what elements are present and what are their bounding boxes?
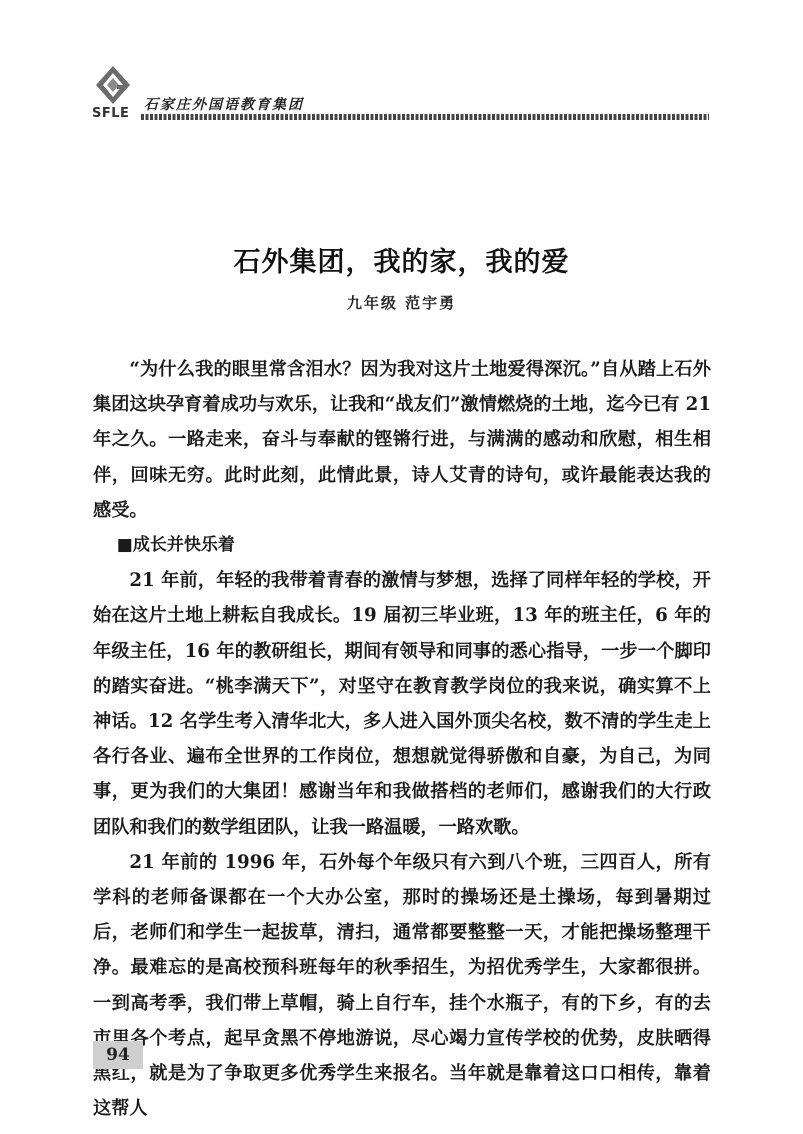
paragraph: 21 年前的 1996 年，石外每个年级只有六到八个班，三四百人，所有学科的老师… — [93, 845, 711, 1127]
article-body: “为什么我的眼里常含泪水？因为我对这片土地爱得深沉。”自从踏上石外集团这块孕育着… — [93, 352, 711, 1126]
organization-name: 石家庄外国语教育集团 — [144, 94, 304, 114]
logo-text: SFLE — [92, 106, 129, 121]
article-title: 石外集团，我的家，我的爱 — [0, 240, 803, 279]
paragraph: 21 年前，年轻的我带着青春的激情与梦想，选择了同样年轻的学校，开始在这片土地上… — [93, 563, 711, 845]
article-byline: 九年级 范宇勇 — [0, 292, 803, 313]
paragraph: “为什么我的眼里常含泪水？因为我对这片土地爱得深沉。”自从踏上石外集团这块孕育着… — [93, 352, 711, 528]
page-number: 94 — [93, 1041, 143, 1069]
section-heading: ■成长并快乐着 — [93, 528, 711, 563]
running-header: SFLE 石家庄外国语教育集团 — [92, 64, 712, 124]
header-dotted-rule — [141, 114, 709, 120]
